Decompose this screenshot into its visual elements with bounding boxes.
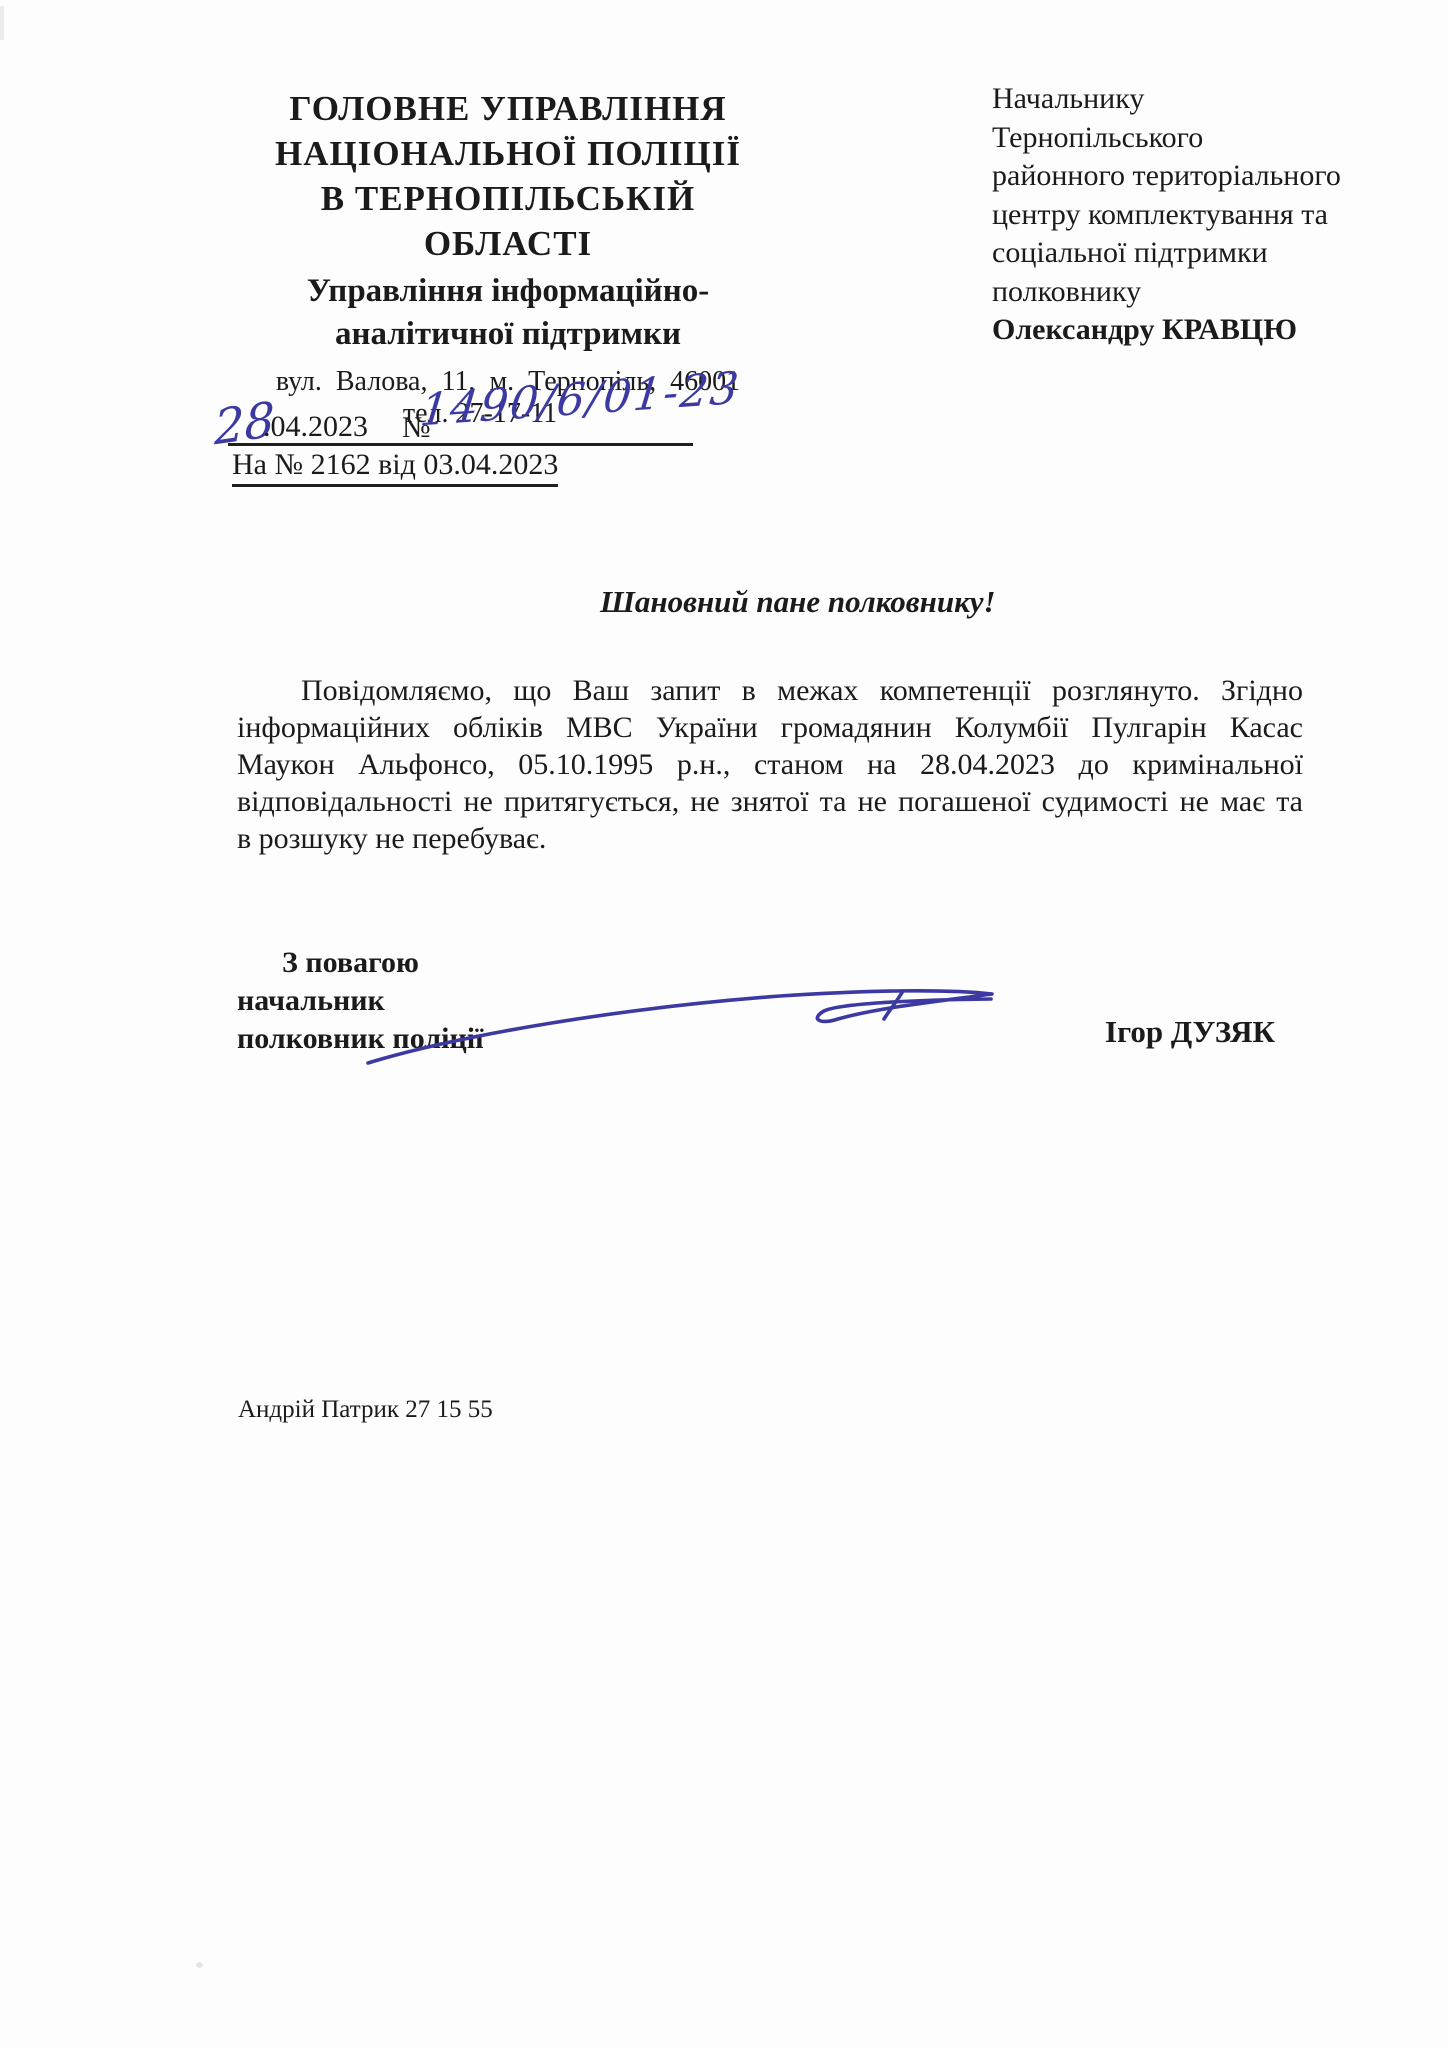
recipient-line-5: соціальної підтримки: [992, 234, 1422, 273]
signer-name: Ігор ДУЗЯК: [1105, 1014, 1275, 1050]
body-line-3: Маукон Альфонсо, 05.10.1995 р.н., станом…: [237, 746, 1303, 783]
recipient-line-2: Тернопільського: [992, 119, 1422, 158]
recipient-line-1: Начальнику: [992, 80, 1422, 119]
department-line-1: Управління інформаційно-: [180, 270, 836, 313]
department-line-2: аналітичної підтримки: [180, 313, 836, 356]
printed-date: .04.2023: [263, 410, 368, 444]
org-name-line-2: НАЦІОНАЛЬНОЇ ПОЛІЦІЇ: [180, 131, 836, 176]
signoff-post-line-1: начальник: [237, 984, 385, 1018]
body-line-2: інформаційних обліків МВС України громад…: [237, 709, 1303, 746]
body-line-4: відповідальності не притягується, не зня…: [237, 783, 1303, 820]
reply-reference: На № 2162 від 03.04.2023: [232, 448, 558, 487]
executor-line: Андрій Патрик 27 15 55: [238, 1396, 493, 1424]
date-number-underline: [228, 443, 693, 446]
org-name-line-4: ОБЛАСТІ: [180, 221, 836, 266]
body-paragraph: Повідомляємо, що Ваш запит в межах компе…: [237, 672, 1303, 857]
recipient-block: Начальнику Тернопільського районного тер…: [992, 80, 1422, 350]
recipient-line-3: районного територіального: [992, 157, 1422, 196]
recipient-line-4: центру комплектування та: [992, 196, 1422, 235]
body-line-1: Повідомляємо, що Ваш запит в межах компе…: [237, 672, 1303, 709]
recipient-name: Олександру КРАВЦЮ: [992, 311, 1422, 350]
signoff-respect: З повагою: [282, 946, 419, 980]
scan-artifact-corner: [0, 6, 4, 40]
recipient-line-6: полковнику: [992, 273, 1422, 312]
org-name-line-3: В ТЕРНОПІЛЬСЬКІЙ: [180, 176, 836, 221]
signoff-post-line-2: полковник поліції: [237, 1022, 483, 1056]
scan-artifact-speck: [196, 1962, 203, 1968]
body-line-5: в розшуку не перебуває.: [237, 820, 1303, 857]
org-name-line-1: ГОЛОВНЕ УПРАВЛІННЯ: [180, 86, 836, 131]
salutation: Шановний пане полковнику!: [600, 584, 996, 620]
